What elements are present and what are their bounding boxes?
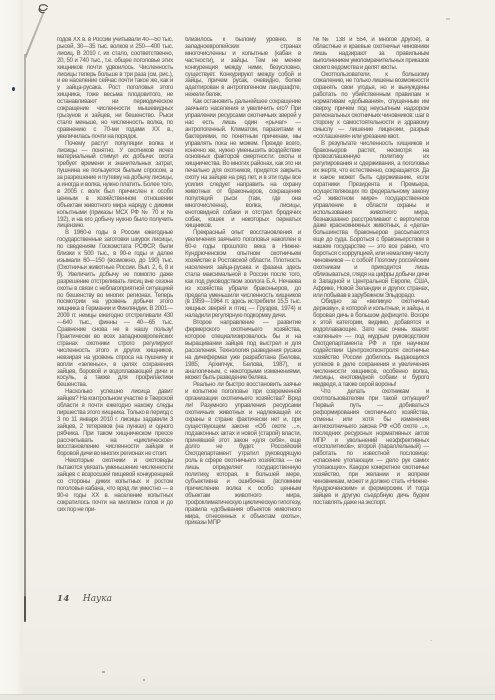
- paragraph-col2-1: близилось к былому уровню. В западноевро…: [185, 37, 301, 99]
- paragraph-col3-3: В результате численность хищников и брак…: [313, 141, 429, 300]
- paragraph-col2-2: Как остановить дальнейшее сокращение зая…: [185, 99, 301, 230]
- dust-speck: [102, 671, 105, 673]
- page-number: 14: [57, 594, 70, 604]
- text-column-2: близилось к былому уровню. В западноевро…: [185, 37, 301, 573]
- scanned-page: годов XX в. в России учитывали 40—50 тыс…: [0, 0, 495, 700]
- text-column-3: №№ 138 и 554, и многое другое), а област…: [313, 37, 429, 573]
- left-page-edge: [0, 0, 23, 700]
- paragraph-col2-3: Прекрасный опыт восстановления и увеличе…: [185, 230, 301, 320]
- paragraph-col1-3: В 1960-е годы в России ежегодные государ…: [57, 230, 173, 389]
- paragraph-col2-4: Второе направление — развитие фермерског…: [185, 320, 301, 382]
- paragraph-col3-5: Что делать охотникам и охотпользователям…: [313, 389, 429, 506]
- journal-title: Наука: [83, 594, 112, 604]
- ink-dot: [12, 87, 15, 91]
- dust-speck: [143, 679, 145, 681]
- paragraph-col3-4: Обидно за «великую охотничью державу», в…: [313, 299, 429, 389]
- scan-bottom-edge: [0, 694, 495, 700]
- text-column-1: годов XX в. в России учитывали 40—50 тыс…: [57, 37, 173, 573]
- paragraph-col1-5: Некоторые охотники и охотоведы пытаются …: [57, 458, 173, 513]
- paragraph-col1-1: годов XX в. в России учитывали 40—50 тыс…: [57, 37, 173, 141]
- page-footer: 14Наука: [57, 586, 112, 605]
- handwritten-pencil-mark: [35, 3, 50, 16]
- article-text: годов XX в. в России учитывали 40—50 тыс…: [57, 37, 429, 573]
- paragraph-col2-5: Реально ли быстро восстановить заячье и …: [185, 382, 301, 527]
- dust-speck: [446, 18, 450, 20]
- page-fold-line-dark-segment: [24, 596, 26, 622]
- corner-crease-line: [24, 11, 44, 58]
- page-fold-line: [24, 54, 26, 598]
- paragraph-col3-2: Охотпользователи, к большому сожалению, …: [313, 72, 429, 141]
- paragraph-col3-1: №№ 138 и 554, и многое другое), а област…: [313, 37, 429, 72]
- paragraph-col1-4: Насколько успешно лисица давит зайцев? Н…: [57, 389, 173, 458]
- dust-speck: [430, 640, 432, 641]
- paragraph-col1-2: Почему растут популяции волка и лисицы —…: [57, 141, 173, 231]
